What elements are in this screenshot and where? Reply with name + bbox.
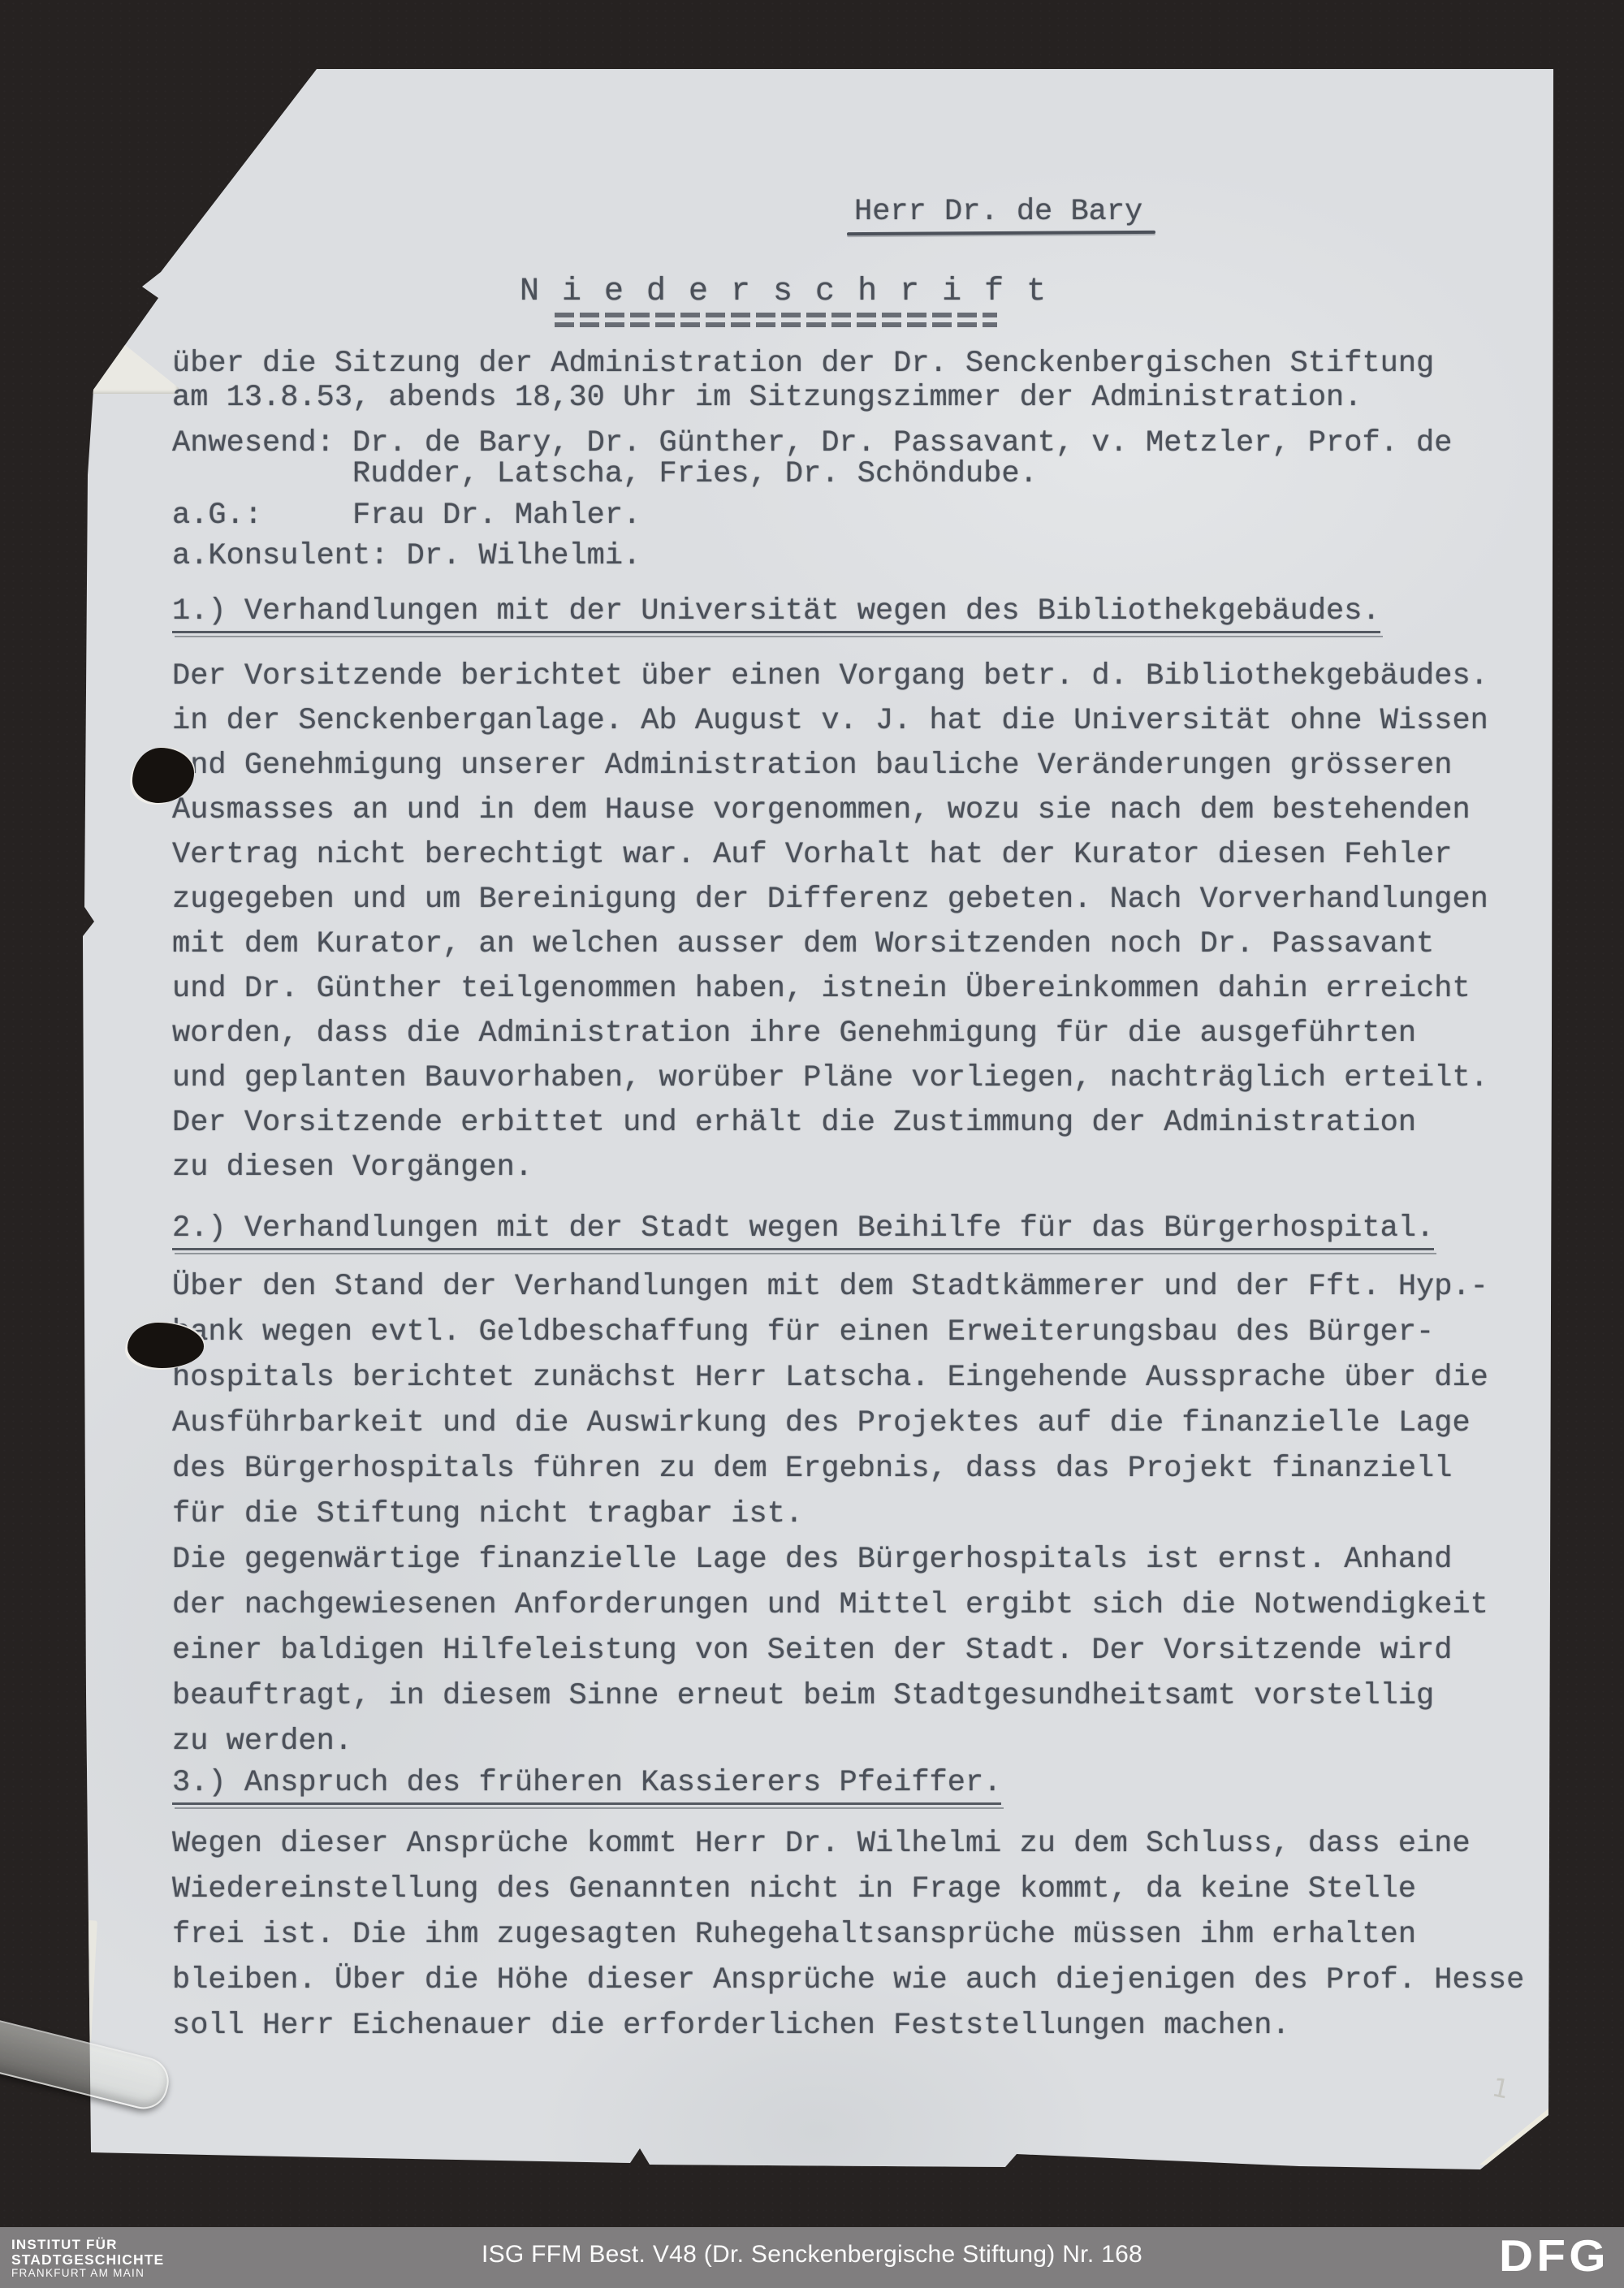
document-title: N i e d e r s c h r i f t bbox=[520, 274, 1047, 310]
title-underline-row bbox=[555, 313, 997, 317]
typed-line: und Dr. Günther teilgenommen haben, istn… bbox=[172, 974, 1471, 1004]
typed-line: Ausführbarkeit und die Auswirkung des Pr… bbox=[172, 1409, 1471, 1439]
addressee-underline bbox=[847, 231, 1155, 235]
typed-line: Wegen dieser Ansprüche kommt Herr Dr. Wi… bbox=[172, 1829, 1471, 1859]
typed-line: Wiedereinstellung des Genannten nicht in… bbox=[172, 1875, 1416, 1905]
document-page: Herr Dr. de Bary N i e d e r s c h r i f… bbox=[81, 69, 1555, 2174]
typed-line: in der Senckenberganlage. Ab August v. J… bbox=[172, 706, 1488, 736]
typed-line: und Genehmigung unserer Administration b… bbox=[172, 751, 1452, 781]
typed-line: zugegeben und um Bereinigung der Differe… bbox=[172, 885, 1488, 915]
typed-line: für die Stiftung nicht tragbar ist. bbox=[172, 1500, 803, 1530]
typed-line: a.G.: Frau Dr. Mahler. bbox=[172, 501, 641, 531]
title-underline-row bbox=[555, 322, 997, 327]
typed-line: Der Vorsitzende erbittet und erhält die … bbox=[172, 1108, 1416, 1138]
section-heading-3: 3.) Anspruch des früheren Kassierers Pfe… bbox=[172, 1768, 1001, 1805]
typed-line: zu werden. bbox=[172, 1727, 352, 1757]
typed-line: der nachgewiesenen Anforderungen und Mit… bbox=[172, 1591, 1488, 1621]
typed-line: bank wegen evtl. Geldbeschaffung für ein… bbox=[172, 1318, 1434, 1348]
typed-line: zu diesen Vorgängen. bbox=[172, 1153, 533, 1183]
typed-line: des Bürgerhospitals führen zu dem Ergebn… bbox=[172, 1454, 1452, 1484]
addressee-line: Herr Dr. de Bary bbox=[854, 195, 1142, 229]
typed-line: und geplanten Bauvorhaben, worüber Pläne… bbox=[172, 1064, 1488, 1094]
typed-line: soll Herr Eichenauer die erforderlichen … bbox=[172, 2011, 1290, 2041]
typed-line: beauftragt, in diesem Sinne erneut beim … bbox=[172, 1681, 1434, 1712]
typed-line: a.Konsulent: Dr. Wilhelmi. bbox=[172, 542, 641, 572]
scan-viewport: Herr Dr. de Bary N i e d e r s c h r i f… bbox=[0, 0, 1624, 2288]
dfg-logo: DFG bbox=[1499, 2230, 1609, 2282]
typed-line: Der Vorsitzende berichtet über einen Vor… bbox=[172, 662, 1488, 692]
pencil-mark: 1 bbox=[1489, 2071, 1512, 2105]
footer-bar: INSTITUT FÜR STADTGESCHICHTE FRANKFURT A… bbox=[0, 2227, 1624, 2288]
typed-line: hospitals berichtet zunächst Herr Latsch… bbox=[172, 1363, 1488, 1393]
typed-line: worden, dass die Administration ihre Gen… bbox=[172, 1019, 1416, 1049]
typed-line: Vertrag nicht berechtigt war. Auf Vorhal… bbox=[172, 840, 1452, 870]
archive-reference-caption: ISG FFM Best. V48 (Dr. Senckenbergische … bbox=[0, 2241, 1624, 2269]
typed-line: Anwesend: Dr. de Bary, Dr. Günther, Dr. … bbox=[172, 429, 1452, 459]
typed-line: Rudder, Latscha, Fries, Dr. Schöndube. bbox=[172, 460, 1038, 490]
typed-line: frei ist. Die ihm zugesagten Ruhegehalts… bbox=[172, 1920, 1416, 1950]
typed-line: bleiben. Über die Höhe dieser Ansprüche … bbox=[172, 1966, 1524, 1996]
typed-line: am 13.8.53, abends 18,30 Uhr im Sitzungs… bbox=[172, 383, 1362, 413]
typed-line: mit dem Kurator, an welchen ausser dem W… bbox=[172, 930, 1434, 960]
typed-line: Die gegenwärtige finanzielle Lage des Bü… bbox=[172, 1545, 1452, 1575]
typed-line: Über den Stand der Verhandlungen mit dem… bbox=[172, 1272, 1488, 1302]
typed-line: über die Sitzung der Administration der … bbox=[172, 349, 1434, 379]
typed-line: einer baldigen Hilfeleistung von Seiten … bbox=[172, 1636, 1452, 1666]
typed-line: Ausmasses an und in dem Hause vorgenomme… bbox=[172, 796, 1471, 826]
section-heading-1: 1.) Verhandlungen mit der Universität we… bbox=[172, 597, 1380, 633]
institute-line-3: FRANKFURT AM MAIN bbox=[11, 2268, 164, 2279]
typewritten-text-layer: Herr Dr. de Bary N i e d e r s c h r i f… bbox=[81, 69, 1555, 2174]
section-heading-2: 2.) Verhandlungen mit der Stadt wegen Be… bbox=[172, 1214, 1434, 1250]
